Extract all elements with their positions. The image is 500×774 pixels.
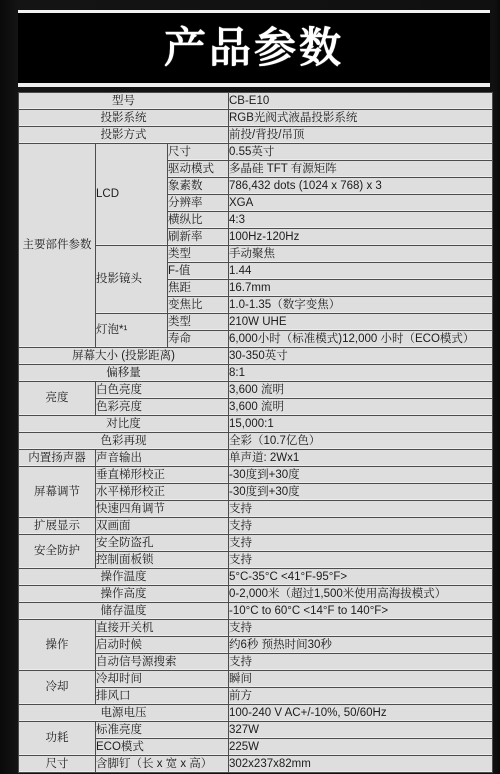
- spec-label-cell: 电源电压: [19, 705, 229, 722]
- spec-label-cell: 控制面板锁: [96, 552, 229, 569]
- table-row: 亮度白色亮度3,600 流明: [19, 382, 493, 399]
- spec-value-cell: 100Hz-120Hz: [229, 229, 493, 246]
- spec-value-cell: 0-2,000米（超过1,500米使用高海拔模式）: [229, 586, 493, 603]
- spec-label-cell: 偏移量: [19, 365, 229, 382]
- spec-value-cell: 手动聚焦: [229, 246, 493, 263]
- spec-value-cell: 支持: [229, 552, 493, 569]
- spec-table-body: 型号CB-E10投影系统RGB光阀式液晶投影系统投影方式前投/背投/吊顶主要部件…: [19, 93, 493, 773]
- page-title: 产品参数: [164, 27, 344, 69]
- spec-label-cell: 投影系统: [19, 110, 229, 127]
- table-row: 型号CB-E10: [19, 93, 493, 110]
- spec-label-cell: 直接开关机: [96, 620, 229, 637]
- spec-label-cell: 安全防护: [19, 535, 96, 569]
- table-row: 内置扬声器声音输出单声道: 2Wx1: [19, 450, 493, 467]
- spec-value-cell: 前方: [229, 688, 493, 705]
- page-background: 产品参数 型号CB-E10投影系统RGB光阀式液晶投影系统投影方式前投/背投/吊…: [0, 0, 500, 774]
- spec-value-cell: 多晶硅 TFT 有源矩阵: [229, 161, 493, 178]
- spec-label-cell: 投影镜头: [96, 246, 168, 314]
- spec-label-cell: 标准亮度: [96, 722, 229, 739]
- spec-label-cell: LCD: [96, 144, 168, 246]
- table-row: 操作温度5°C-35°C <41°F-95°F>: [19, 569, 493, 586]
- spec-label-cell: 屏幕大小 (投影距离): [19, 348, 229, 365]
- spec-label-cell: 含脚钉（长 x 宽 x 高）: [96, 756, 229, 773]
- spec-value-cell: 瞬间: [229, 671, 493, 688]
- table-row: 安全防护安全防盗孔支持: [19, 535, 493, 552]
- spec-label-cell: 内置扬声器: [19, 450, 96, 467]
- spec-label-cell: 启动时候: [96, 637, 229, 654]
- spec-value-cell: CB-E10: [229, 93, 493, 110]
- table-row: 屏幕调节垂直梯形校正-30度到+30度: [19, 467, 493, 484]
- spec-label-cell: ECO模式: [96, 739, 229, 756]
- spec-label-cell: 色彩亮度: [96, 399, 229, 416]
- spec-label-cell: 变焦比: [168, 297, 229, 314]
- spec-value-cell: -30度到+30度: [229, 467, 493, 484]
- spec-label-cell: 操作高度: [19, 586, 229, 603]
- spec-value-cell: 0.55英寸: [229, 144, 493, 161]
- table-row: 主要部件参数LCD尺寸0.55英寸: [19, 144, 493, 161]
- spec-value-cell: 支持: [229, 654, 493, 671]
- spec-value-cell: 3,600 流明: [229, 399, 493, 416]
- spec-value-cell: 5°C-35°C <41°F-95°F>: [229, 569, 493, 586]
- spec-value-cell: 30-350英寸: [229, 348, 493, 365]
- spec-label-cell: F-值: [168, 263, 229, 280]
- spec-label-cell: 安全防盗孔: [96, 535, 229, 552]
- spec-value-cell: 302x237x82mm: [229, 756, 493, 773]
- spec-label-cell: 排风口: [96, 688, 229, 705]
- spec-value-cell: XGA: [229, 195, 493, 212]
- spec-label-cell: 功耗: [19, 722, 96, 756]
- table-row: 色彩再现全彩（10.7亿色）: [19, 433, 493, 450]
- spec-value-cell: 16.7mm: [229, 280, 493, 297]
- spec-value-cell: 327W: [229, 722, 493, 739]
- spec-label-cell: 投影方式: [19, 127, 229, 144]
- spec-value-cell: 225W: [229, 739, 493, 756]
- table-row: 尺寸含脚钉（长 x 宽 x 高）302x237x82mm: [19, 756, 493, 773]
- spec-label-cell: 横纵比: [168, 212, 229, 229]
- table-row: 冷却冷却时间瞬间: [19, 671, 493, 688]
- spec-value-cell: 单声道: 2Wx1: [229, 450, 493, 467]
- spec-label-cell: 操作温度: [19, 569, 229, 586]
- spec-label-cell: 象素数: [168, 178, 229, 195]
- spec-label-cell: 尺寸: [19, 756, 96, 773]
- spec-value-cell: 3,600 流明: [229, 382, 493, 399]
- spec-label-cell: 亮度: [19, 382, 96, 416]
- spec-label-cell: 声音输出: [96, 450, 229, 467]
- table-row: 对比度15,000:1: [19, 416, 493, 433]
- spec-value-cell: -30度到+30度: [229, 484, 493, 501]
- table-row: 投影系统RGB光阀式液晶投影系统: [19, 110, 493, 127]
- table-row: 储存温度-10°C to 60°C <14°F to 140°F>: [19, 603, 493, 620]
- spec-label-cell: 双画面: [96, 518, 229, 535]
- spec-value-cell: -10°C to 60°C <14°F to 140°F>: [229, 603, 493, 620]
- spec-label-cell: 分辨率: [168, 195, 229, 212]
- table-row: 操作直接开关机支持: [19, 620, 493, 637]
- spec-label-cell: 冷却: [19, 671, 96, 705]
- spec-value-cell: RGB光阀式液晶投影系统: [229, 110, 493, 127]
- spec-value-cell: 4:3: [229, 212, 493, 229]
- spec-value-cell: 支持: [229, 501, 493, 518]
- spec-label-cell: 自动信号源搜索: [96, 654, 229, 671]
- spec-label-cell: 焦距: [168, 280, 229, 297]
- spec-label-cell: 扩展显示: [19, 518, 96, 535]
- spec-value-cell: 1.0-1.35（数字变焦）: [229, 297, 493, 314]
- spec-value-cell: 约6秒 预热时间30秒: [229, 637, 493, 654]
- spec-label-cell: 水平梯形校正: [96, 484, 229, 501]
- spec-label-cell: 灯泡*¹: [96, 314, 168, 348]
- spec-label-cell: 白色亮度: [96, 382, 229, 399]
- spec-value-cell: 1.44: [229, 263, 493, 280]
- spec-value-cell: 786,432 dots (1024 x 768) x 3: [229, 178, 493, 195]
- table-row: 偏移量8:1: [19, 365, 493, 382]
- table-row: 功耗标准亮度327W: [19, 722, 493, 739]
- spec-label-cell: 驱动模式: [168, 161, 229, 178]
- spec-label-cell: 色彩再现: [19, 433, 229, 450]
- spec-value-cell: 210W UHE: [229, 314, 493, 331]
- spec-label-cell: 快速四角调节: [96, 501, 229, 518]
- table-row: 扩展显示双画面支持: [19, 518, 493, 535]
- spec-label-cell: 尺寸: [168, 144, 229, 161]
- spec-label-cell: 刷新率: [168, 229, 229, 246]
- spec-value-cell: 支持: [229, 620, 493, 637]
- spec-label-cell: 垂直梯形校正: [96, 467, 229, 484]
- spec-value-cell: 6,000小时（标准模式)12,000 小时（ECO模式）: [229, 331, 493, 348]
- table-row: 电源电压100-240 V AC+/-10%, 50/60Hz: [19, 705, 493, 722]
- spec-label-cell: 冷却时间: [96, 671, 229, 688]
- spec-label-cell: 类型: [168, 314, 229, 331]
- title-banner: 产品参数: [18, 10, 490, 87]
- spec-label-cell: 主要部件参数: [19, 144, 96, 348]
- spec-value-cell: 15,000:1: [229, 416, 493, 433]
- spec-value-cell: 支持: [229, 535, 493, 552]
- spec-label-cell: 型号: [19, 93, 229, 110]
- spec-label-cell: 屏幕调节: [19, 467, 96, 518]
- spec-label-cell: 储存温度: [19, 603, 229, 620]
- spec-label-cell: 寿命: [168, 331, 229, 348]
- spec-table: 型号CB-E10投影系统RGB光阀式液晶投影系统投影方式前投/背投/吊顶主要部件…: [18, 92, 493, 773]
- spec-label-cell: 对比度: [19, 416, 229, 433]
- table-row: 操作高度0-2,000米（超过1,500米使用高海拔模式）: [19, 586, 493, 603]
- spec-value-cell: 8:1: [229, 365, 493, 382]
- spec-label-cell: 操作: [19, 620, 96, 671]
- spec-value-cell: 100-240 V AC+/-10%, 50/60Hz: [229, 705, 493, 722]
- spec-value-cell: 前投/背投/吊顶: [229, 127, 493, 144]
- spec-value-cell: 全彩（10.7亿色）: [229, 433, 493, 450]
- spec-label-cell: 类型: [168, 246, 229, 263]
- spec-value-cell: 支持: [229, 518, 493, 535]
- table-row: 屏幕大小 (投影距离)30-350英寸: [19, 348, 493, 365]
- table-row: 投影方式前投/背投/吊顶: [19, 127, 493, 144]
